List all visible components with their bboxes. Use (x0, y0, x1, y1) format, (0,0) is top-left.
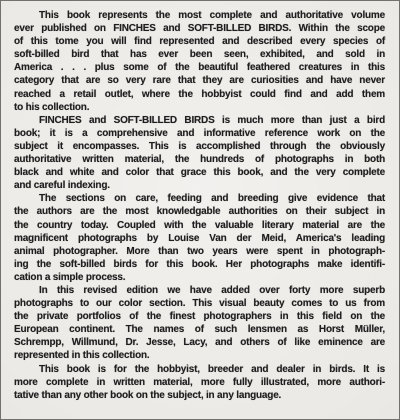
text-line: soft-billed bird that has ever been seen… (14, 48, 385, 61)
paragraph-2: FINCHES and SOFT-BILLED BIRDS is much mo… (14, 114, 385, 193)
text-line: This book is for the hobbyist, breeder a… (14, 363, 385, 376)
text-line: book; it is a comprehensive and informat… (14, 127, 385, 140)
text-line: more complete in written material, more … (14, 376, 385, 389)
text-line: subject it encompasses. This is accompli… (14, 140, 385, 153)
paragraph-5: This book is for the hobbyist, breeder a… (14, 363, 385, 402)
text-line: authoritative written material, the hund… (14, 153, 385, 166)
text-line: black and white and color that grace thi… (14, 166, 385, 179)
text-line: In this revised edition we have added ov… (14, 284, 385, 297)
text-line: ing the soft-billed birds for this book.… (14, 258, 385, 271)
text-line: The sections on care, feeding and breedi… (14, 192, 385, 205)
text-line: photographs to our color section. This v… (14, 297, 385, 310)
text-line: of this tome you will find represented a… (14, 35, 385, 48)
text-line: the country today. Coupled with the valu… (14, 219, 385, 232)
preface-text-block: This book represents the most complete a… (1, 1, 399, 402)
text-line: magnificent photographs by Louise Van de… (14, 232, 385, 245)
text-line: Schrempp, Willmund, Dr. Jesse, Lacy, and… (14, 336, 385, 349)
paragraph-1: This book represents the most complete a… (14, 9, 385, 114)
text-line: animal photographer. More than two years… (14, 245, 385, 258)
text-line: represented in this collection. (14, 349, 385, 362)
text-line: This book represents the most complete a… (14, 9, 385, 22)
text-line: European continent. The names of such le… (14, 323, 385, 336)
text-line: and careful indexing. (14, 179, 385, 192)
text-line: the private portfolios of the finest pho… (14, 310, 385, 323)
text-line: FINCHES and SOFT-BILLED BIRDS is much mo… (14, 114, 385, 127)
book-page: This book represents the most complete a… (0, 0, 400, 420)
paragraph-3: The sections on care, feeding and breedi… (14, 192, 385, 284)
text-line: tative than any other book on the subjec… (14, 389, 385, 402)
text-line: category that are so very rare that they… (14, 74, 385, 87)
text-line: to his collection. (14, 101, 385, 114)
text-line: cation a simple process. (14, 271, 385, 284)
paragraph-4: In this revised edition we have added ov… (14, 284, 385, 363)
text-line: reached a retail outlet, where the hobby… (14, 88, 385, 101)
text-line: America . . . plus some of the beautiful… (14, 61, 385, 74)
text-line: the authors are the most knowledgable au… (14, 205, 385, 218)
text-line: ever published on FINCHES and SOFT-BILLE… (14, 22, 385, 35)
